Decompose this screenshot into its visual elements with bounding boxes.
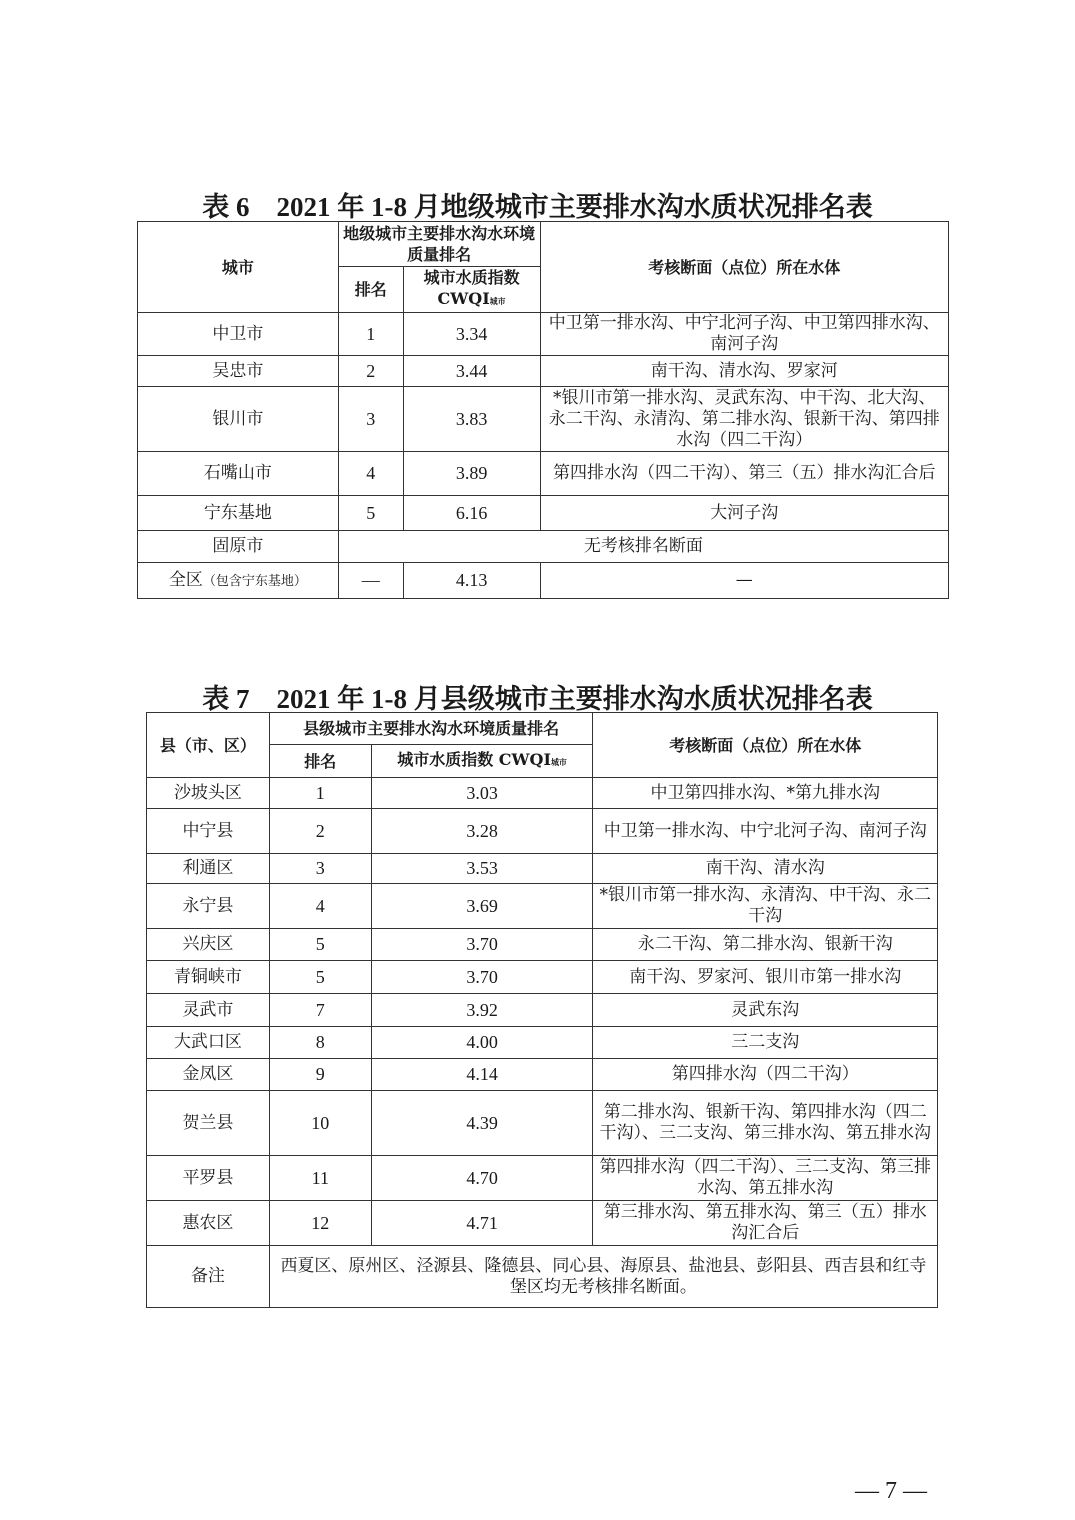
cell-county: 灵武市 [147,994,270,1027]
cell-city: 银川市 [138,387,339,452]
cell-cwqi: 4.00 [371,1027,593,1059]
cell-rank: 2 [338,356,403,387]
cell-cwqi: 4.71 [371,1201,593,1246]
cell-rank: 2 [269,809,371,854]
header-county: 县（市、区） [147,713,270,778]
table-row: 惠农区 12 4.71 第三排水沟、第五排水沟、第三（五）排水沟汇合后 [147,1201,938,1246]
cell-rank: 7 [269,994,371,1027]
cell-rank: 4 [269,884,371,929]
cell-county: 利通区 [147,854,270,884]
header-rank: 排名 [338,267,403,313]
cell-cwqi: 4.39 [371,1091,593,1156]
cell-cwqi: 3.83 [403,387,540,452]
table-row: 银川市 3 3.83 *银川市第一排水沟、灵武东沟、中干沟、北大沟、永二干沟、永… [138,387,949,452]
cell-cwqi: 4.70 [371,1156,593,1201]
table-row-remark: 备注 西夏区、原州区、泾源县、隆德县、同心县、海原县、盐池县、彭阳县、西吉县和红… [147,1246,938,1308]
cell-note: 无考核排名断面 [338,531,948,563]
cell-rank: 5 [269,929,371,961]
header-cwqi-sub: 城市 [490,296,506,306]
cell-cwqi: 3.70 [371,929,593,961]
cell-water-body: 三二支沟 [593,1027,938,1059]
cell-county: 金凤区 [147,1059,270,1091]
cell-water-body: 第四排水沟（四二干沟）、三二支沟、第三排水沟、第五排水沟 [593,1156,938,1201]
cell-county: 青铜峡市 [147,961,270,994]
cell-water-body: — [540,563,948,599]
cell-rank: — [338,563,403,599]
table-row: 金凤区 9 4.14 第四排水沟（四二干沟） [147,1059,938,1091]
header-rank: 排名 [269,745,371,778]
cell-water-body: 第二排水沟、银新干沟、第四排水沟（四二干沟）、三二支沟、第三排水沟、第五排水沟 [593,1091,938,1156]
page-number: — 7 — [855,1478,927,1505]
table-row: 大武口区 8 4.00 三二支沟 [147,1027,938,1059]
cell-rank: 8 [269,1027,371,1059]
cell-cwqi: 3.28 [371,809,593,854]
header-cwqi: 城市水质指数 CWQI城市 [403,267,540,313]
cell-remark-text: 西夏区、原州区、泾源县、隆德县、同心县、海原县、盐池县、彭阳县、西吉县和红寺堡区… [269,1246,937,1308]
table-row: 中宁县 2 3.28 中卫第一排水沟、中宁北河子沟、南河子沟 [147,809,938,854]
table6: 城市 地级城市主要排水沟水环境质量排名 考核断面（点位）所在水体 排名 城市水质… [137,221,949,599]
cell-rank: 5 [269,961,371,994]
cell-cwqi: 3.53 [371,854,593,884]
cell-cwqi: 3.70 [371,961,593,994]
cell-county: 永宁县 [147,884,270,929]
cell-rank: 1 [338,313,403,356]
cell-rank: 11 [269,1156,371,1201]
cell-water-body: 南干沟、清水沟、罗家河 [540,356,948,387]
cell-city: 固原市 [138,531,339,563]
table7-title: 表 7 2021 年 1-8 月县级城市主要排水沟水质状况排名表 [0,677,1075,716]
table7: 县（市、区） 县级城市主要排水沟水环境质量排名 考核断面（点位）所在水体 排名 … [146,712,938,1308]
cell-cwqi: 6.16 [403,496,540,531]
table-row: 沙坡头区 1 3.03 中卫第四排水沟、*第九排水沟 [147,778,938,809]
cell-water-body: 第四排水沟（四二干沟） [593,1059,938,1091]
cell-rank: 1 [269,778,371,809]
cell-water-body: 中卫第一排水沟、中宁北河子沟、南河子沟 [593,809,938,854]
cell-county: 大武口区 [147,1027,270,1059]
table-row: 利通区 3 3.53 南干沟、清水沟 [147,854,938,884]
total-label: 全区 [169,570,203,590]
cell-county: 平罗县 [147,1156,270,1201]
table-row: 兴庆区 5 3.70 永二干沟、第二排水沟、银新干沟 [147,929,938,961]
cell-county: 惠农区 [147,1201,270,1246]
table-row-total: 全区（包含宁东基地） — 4.13 — [138,563,949,599]
table-row: 平罗县 11 4.70 第四排水沟（四二干沟）、三二支沟、第三排水沟、第五排水沟 [147,1156,938,1201]
table-row: 石嘴山市 4 3.89 第四排水沟（四二干沟）、第三（五）排水沟汇合后 [138,452,949,496]
cell-cwqi: 3.34 [403,313,540,356]
total-note: （包含宁东基地） [203,574,307,589]
cell-water-body: 大河子沟 [540,496,948,531]
header-water-body: 考核断面（点位）所在水体 [593,713,938,778]
cell-city: 宁东基地 [138,496,339,531]
table-row: 吴忠市 2 3.44 南干沟、清水沟、罗家河 [138,356,949,387]
table-row: 固原市 无考核排名断面 [138,531,949,563]
cell-rank: 4 [338,452,403,496]
cell-city: 吴忠市 [138,356,339,387]
cell-cwqi: 3.92 [371,994,593,1027]
header-city: 城市 [138,222,339,313]
cell-rank: 5 [338,496,403,531]
cell-water-body: 永二干沟、第二排水沟、银新干沟 [593,929,938,961]
cell-water-body: 南干沟、罗家河、银川市第一排水沟 [593,961,938,994]
cell-water-body: 中卫第一排水沟、中宁北河子沟、中卫第四排水沟、南河子沟 [540,313,948,356]
cell-county: 中宁县 [147,809,270,854]
cell-county: 兴庆区 [147,929,270,961]
cell-cwqi: 3.89 [403,452,540,496]
header-group: 地级城市主要排水沟水环境质量排名 [338,222,540,267]
cell-water-body: 灵武东沟 [593,994,938,1027]
cell-remark-label: 备注 [147,1246,270,1308]
cell-cwqi: 4.14 [371,1059,593,1091]
table-row: 宁东基地 5 6.16 大河子沟 [138,496,949,531]
cell-cwqi: 4.13 [403,563,540,599]
cell-rank: 12 [269,1201,371,1246]
cell-rank: 10 [269,1091,371,1156]
cell-water-body: *银川市第一排水沟、灵武东沟、中干沟、北大沟、永二干沟、永清沟、第二排水沟、银新… [540,387,948,452]
cell-county: 沙坡头区 [147,778,270,809]
table6-title: 表 6 2021 年 1-8 月地级城市主要排水沟水质状况排名表 [0,185,1075,224]
table-row: 灵武市 7 3.92 灵武东沟 [147,994,938,1027]
cell-cwqi: 3.69 [371,884,593,929]
cell-rank: 3 [269,854,371,884]
cell-water-body: *银川市第一排水沟、永清沟、中干沟、永二干沟 [593,884,938,929]
header-water-body: 考核断面（点位）所在水体 [540,222,948,313]
table-row: 中卫市 1 3.34 中卫第一排水沟、中宁北河子沟、中卫第四排水沟、南河子沟 [138,313,949,356]
cell-rank: 3 [338,387,403,452]
cell-rank: 9 [269,1059,371,1091]
table-row: 永宁县 4 3.69 *银川市第一排水沟、永清沟、中干沟、永二干沟 [147,884,938,929]
cell-city: 石嘴山市 [138,452,339,496]
cell-water-body: 中卫第四排水沟、*第九排水沟 [593,778,938,809]
cell-cwqi: 3.44 [403,356,540,387]
cell-city: 中卫市 [138,313,339,356]
header-cwqi-sub: 城市 [551,757,567,767]
cell-water-body: 第四排水沟（四二干沟）、第三（五）排水沟汇合后 [540,452,948,496]
cell-water-body: 第三排水沟、第五排水沟、第三（五）排水沟汇合后 [593,1201,938,1246]
header-cwqi-label: 城市水质指数 CWQI [397,750,551,769]
cell-cwqi: 3.03 [371,778,593,809]
cell-water-body: 南干沟、清水沟 [593,854,938,884]
table-row: 青铜峡市 5 3.70 南干沟、罗家河、银川市第一排水沟 [147,961,938,994]
table-row: 贺兰县 10 4.39 第二排水沟、银新干沟、第四排水沟（四二干沟）、三二支沟、… [147,1091,938,1156]
cell-county: 贺兰县 [147,1091,270,1156]
header-cwqi: 城市水质指数 CWQI城市 [371,745,593,778]
header-group: 县级城市主要排水沟水环境质量排名 [269,713,593,745]
cell-city: 全区（包含宁东基地） [138,563,339,599]
